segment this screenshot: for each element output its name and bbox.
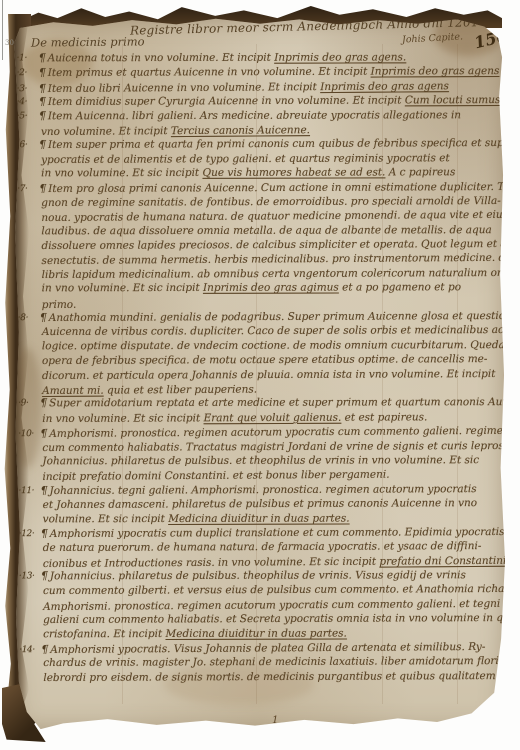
line-text: Johannicius. tegni galieni. Amphorismi. …: [50, 483, 477, 497]
entry-number: ·2·: [17, 66, 39, 81]
line-text: galieni cum commento haliabatis. et Secr…: [43, 612, 520, 626]
line-text: laudibus. de aqua dissoluere omnia metal…: [41, 224, 491, 237]
paragraph-mark-icon: ¶: [39, 95, 46, 108]
underlined-incipit: Inprimis deo gras agimus: [203, 282, 339, 294]
line-text: Item Auicenna. libri galieni. Ars medici…: [48, 109, 461, 122]
paragraph-mark-icon: ¶: [41, 569, 48, 582]
manuscript-line: ·13·¶Johannicius. philaretus de pulsibus…: [43, 568, 505, 584]
line-text: Super amidotarium reptata et arte medici…: [49, 396, 520, 409]
line-text: logice. optime disputate. de vndecim coc…: [42, 339, 515, 352]
manuscript-line: lebrordi pro eisdem. de signis mortis. d…: [43, 669, 505, 685]
line-text: noua. ypocratis de humana natura. de qua…: [41, 209, 508, 224]
line-text: et est papireus.: [341, 411, 427, 423]
entry-number: ·10·: [18, 427, 40, 442]
line-text: Item pro glosa primi canonis Auicenne. C…: [48, 180, 520, 194]
underlined-incipit: Que vis humores habeat se ad est.: [202, 167, 385, 179]
paragraph-mark-icon: ¶: [40, 397, 47, 410]
catchword-mark: 1: [272, 715, 278, 726]
line-text: Item super prima et quarta fen primi can…: [48, 137, 520, 151]
underlined-incipit: Erant que voluit galienus.: [204, 411, 342, 424]
line-text: vno volumine. Et incipit: [41, 125, 171, 138]
scan-edge-line: [2, 0, 3, 60]
text-block: ·1·¶Auicenna totus in vno volumine. Et i…: [41, 50, 506, 685]
underlined-incipit: Amaunt mi.: [42, 385, 104, 397]
manuscript-line: et Johannes damasceni. philaretus de pul…: [43, 496, 505, 512]
paragraph-mark-icon: ¶: [41, 484, 48, 497]
line-text: Item primus et quartus Auicenne in vno v…: [48, 66, 371, 79]
manuscript-line: logice. optime disputate. de vndecim coc…: [42, 338, 504, 354]
parchment-leaf: Registre libror meor scrm Anedelingbch A…: [14, 18, 506, 732]
paragraph-mark-icon: ¶: [41, 643, 48, 656]
paragraph-mark-icon: ¶: [41, 527, 48, 540]
underlined-incipit: Medicina diuiditur in duas partes.: [168, 512, 349, 524]
line-text: dicorum. et particula opera Johannis de …: [42, 368, 496, 382]
line-text: de natura puerorum. de humana natura. de…: [43, 540, 482, 554]
entry-number: ·7·: [17, 182, 39, 197]
entry-number: ·3·: [17, 82, 39, 97]
line-text: Anathomia mundini. genialis de podagribu…: [49, 310, 520, 324]
section-title: De medicinis primo: [31, 34, 145, 49]
line-text: cionibus et Introductiones rasis. in vno…: [43, 555, 380, 569]
manuscript-line: in vno volumine. Et sic incipit Que vis …: [41, 165, 503, 181]
entry-number: ·5·: [17, 109, 39, 123]
manuscript-line: de natura puerorum. de humana natura. de…: [43, 539, 505, 555]
manuscript-line: in vno volumine. Et sic incipit Inprimis…: [42, 280, 504, 296]
entry-number: ·11·: [19, 484, 41, 499]
line-text: cum commento gilberti. et versus eius de…: [43, 583, 520, 597]
paragraph-mark-icon: ¶: [39, 138, 46, 151]
line-text: in vno volumine. Et sic incipit: [41, 167, 202, 179]
line-text: incipit prefatio domini Constantini. et …: [42, 469, 389, 483]
line-text: lebrordi pro eisdem. de signis mortis. d…: [43, 670, 495, 684]
line-text: Item duo libri Auicenne in vno volumine.…: [48, 81, 320, 95]
line-text: et a po pgameno et po: [339, 281, 461, 293]
entry-number: ·13·: [19, 569, 41, 583]
underlined-incipit: Cum locuti sumus: [405, 94, 501, 106]
paragraph-mark-icon: ¶: [40, 427, 47, 440]
manuscript-line: ·4·¶Item dimidius super Cyrurgia Auicenn…: [41, 93, 503, 109]
line-text: cristofanina. Et incipit: [43, 628, 165, 640]
line-text: ypocratis et de alimentis et de typo gal…: [41, 152, 450, 166]
line-text: libris lapidum medicinalium. ab omnibus …: [42, 267, 520, 281]
underlined-incipit: Inprimis deo gras agens: [320, 80, 449, 93]
paragraph-mark-icon: ¶: [39, 66, 46, 79]
entry-number: ·4·: [17, 95, 39, 110]
manuscript-photo: Registre libror meor scrm Anedelingbch A…: [0, 0, 520, 750]
manuscript-line: cristofanina. Et incipit Medicina diuidi…: [43, 626, 505, 642]
manuscript-line: volumine. Et sic incipit Medicina diuidi…: [43, 511, 505, 527]
manuscript-line: ·5·¶Item Auicenna. libri galieni. Ars me…: [41, 108, 503, 124]
line-text: opera de febribus specifica. de motu oct…: [42, 353, 487, 367]
line-text: cum commento haliabatis. Tractatus magis…: [42, 439, 520, 453]
underlined-incipit: Inprimis deo gras agens: [371, 65, 500, 78]
underlined-incipit: prefatio dni Constantini: [379, 554, 506, 567]
line-text: Item dimidius super Cyrurgia Auicenne in…: [48, 95, 405, 109]
line-text: Auicenna de viribus cordis. dupliciter. …: [42, 324, 504, 338]
entry-number: ·1·: [17, 51, 39, 65]
line-text: et Johannes damasceni. philaretus de pul…: [43, 497, 478, 511]
line-text: Auicenna totus in vno volumine. Et incip…: [48, 52, 275, 65]
underlined-incipit: Medicina diuiditur in duas partes.: [166, 627, 347, 639]
line-text: volumine. Et sic incipit: [43, 512, 169, 524]
underlined-incipit: Tercius canonis Auicenne.: [171, 124, 310, 137]
line-text: Johannicius. philaretus de pulsibus. the…: [50, 569, 466, 582]
line-text: gnon de regimine sanitatis. de fontibus.…: [41, 195, 501, 209]
line-text: Amphorismi ypocratis cum duplici transla…: [50, 526, 508, 540]
line-text: Amphorismi ypocratis. Visus Johannis de …: [50, 641, 485, 656]
line-text: dissoluere omnes lapides preciosos. de c…: [41, 238, 520, 252]
entry-number: ·14·: [19, 643, 41, 658]
line-text: quia et est liber pauperiens.: [104, 383, 258, 396]
pencil-foliation: 30: [5, 39, 14, 47]
line-text: in vno volumine. Et sic incipit: [42, 412, 203, 425]
paragraph-mark-icon: ¶: [39, 109, 46, 122]
line-text: chardus de vrinis. magister Jo. stephani…: [43, 655, 499, 669]
entry-number: ·8·: [18, 311, 40, 326]
underlined-incipit: Inprimis deo gras agens.: [274, 51, 406, 63]
paragraph-mark-icon: ¶: [39, 51, 46, 64]
manuscript-line: galieni cum commento haliabatis. et Secr…: [43, 611, 505, 627]
entry-number: ·12·: [19, 527, 41, 542]
paragraph-mark-icon: ¶: [39, 182, 46, 195]
manuscript-line: laudibus. de aqua dissoluere omnia metal…: [41, 223, 503, 239]
manuscript-line: ·1·¶Auicenna totus in vno volumine. Et i…: [41, 50, 503, 66]
line-text: A c papireus: [385, 166, 455, 178]
line-text: Johannicius. philaretus de pulsibus. et …: [42, 454, 479, 467]
line-text: primo.: [42, 298, 77, 310]
entry-number: ·9·: [18, 397, 40, 411]
line-text: in vno volumine. Et sic incipit: [42, 282, 203, 294]
paragraph-mark-icon: ¶: [39, 82, 46, 95]
entry-number: ·6·: [17, 138, 39, 153]
paragraph-mark-icon: ¶: [40, 311, 47, 324]
manuscript-line: ·9·¶Super amidotarium reptata et arte me…: [42, 395, 504, 411]
